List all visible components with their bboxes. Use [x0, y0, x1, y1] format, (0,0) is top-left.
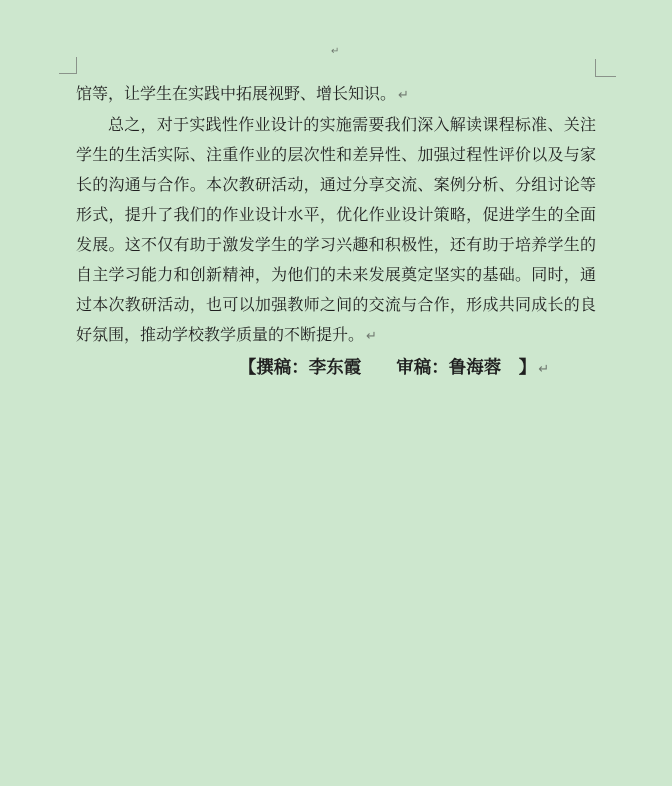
signature-line-text[interactable]: 【撰稿：李东霞 审稿：鲁海蓉 】 [239, 357, 537, 377]
document-page: { "colors": { "page_bg": "#cde7ce", "tex… [0, 0, 672, 786]
body-paragraph[interactable]: 总之，对于实践性作业设计的实施需要我们深入解读课程标准、关注学生的生活实际、注重… [76, 111, 596, 352]
header-paragraph-mark-icon: ↵ [331, 47, 339, 57]
text-boundary-corner-top-right [595, 59, 616, 77]
paragraph-mark-icon: ↵ [364, 329, 377, 344]
paragraph-mark-icon: ↵ [536, 362, 549, 377]
text-boundary-corner-top-left [59, 57, 77, 74]
continuation-paragraph[interactable]: 馆等，让学生在实践中拓展视野、增长知识。↵ [76, 80, 596, 111]
continuation-paragraph-text[interactable]: 馆等，让学生在实践中拓展视野、增长知识。 [76, 86, 396, 103]
paragraph-mark-icon: ↵ [396, 88, 409, 103]
signature-line[interactable]: 【撰稿：李东霞 审稿：鲁海蓉 】↵ [76, 352, 596, 385]
body-paragraph-text[interactable]: 总之，对于实践性作业设计的实施需要我们深入解读课程标准、关注学生的生活实际、注重… [76, 117, 596, 344]
document-text-area[interactable]: 馆等，让学生在实践中拓展视野、增长知识。↵ 总之，对于实践性作业设计的实施需要我… [76, 80, 596, 385]
